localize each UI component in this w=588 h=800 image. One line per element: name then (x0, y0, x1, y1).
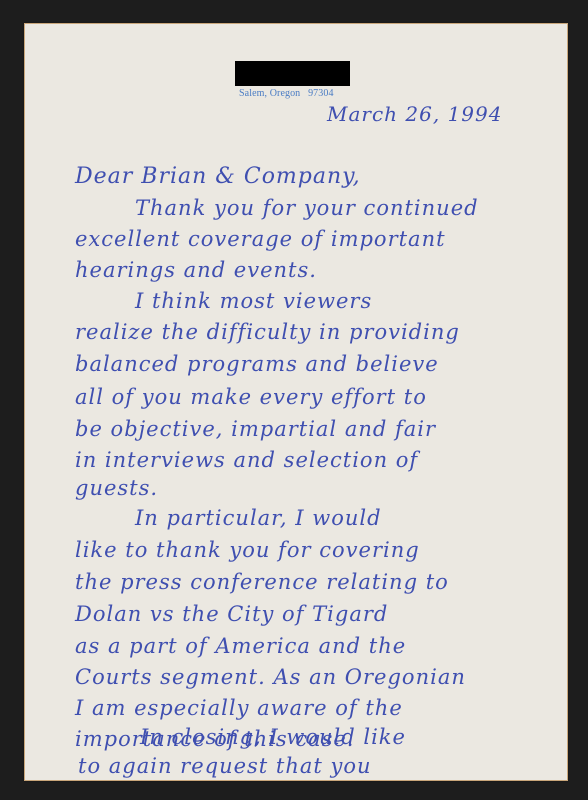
letter-date: March 26, 1994 (327, 102, 502, 126)
letterhead-address: Salem, Oregon 97304 (239, 88, 334, 99)
body-line: be objective, impartial and fair (75, 417, 436, 441)
body-line: all of you make every effort to (75, 385, 427, 409)
body-line: realize the difficulty in providing (75, 320, 460, 344)
redacted-name-block (235, 61, 350, 86)
body-line: I am especially aware of the (75, 696, 403, 720)
body-line: in interviews and selection of (75, 448, 418, 472)
letter-page: Salem, Oregon 97304 March 26, 1994 Dear … (24, 23, 568, 781)
body-line: Courts segment. As an Oregonian (75, 665, 466, 689)
body-line: the press conference relating to (75, 570, 449, 594)
body-line: excellent coverage of important (75, 227, 446, 251)
body-line: Thank you for your continued (135, 196, 479, 220)
document-viewer: Salem, Oregon 97304 March 26, 1994 Dear … (0, 0, 588, 800)
body-line: to again request that you (78, 754, 372, 778)
salutation: Dear Brian & Company, (75, 164, 361, 189)
body-line: balanced programs and believe (75, 352, 439, 376)
body-line: as a part of America and the (75, 634, 406, 658)
body-line: guests. (75, 476, 158, 500)
body-line: hearings and events. (75, 258, 317, 282)
body-line: In closing, I would like (140, 725, 406, 749)
body-line: like to thank you for covering (75, 538, 420, 562)
body-line: Dolan vs the City of Tigard (75, 602, 388, 626)
body-line: I think most viewers (135, 289, 372, 313)
body-line: In particular, I would (135, 506, 382, 530)
